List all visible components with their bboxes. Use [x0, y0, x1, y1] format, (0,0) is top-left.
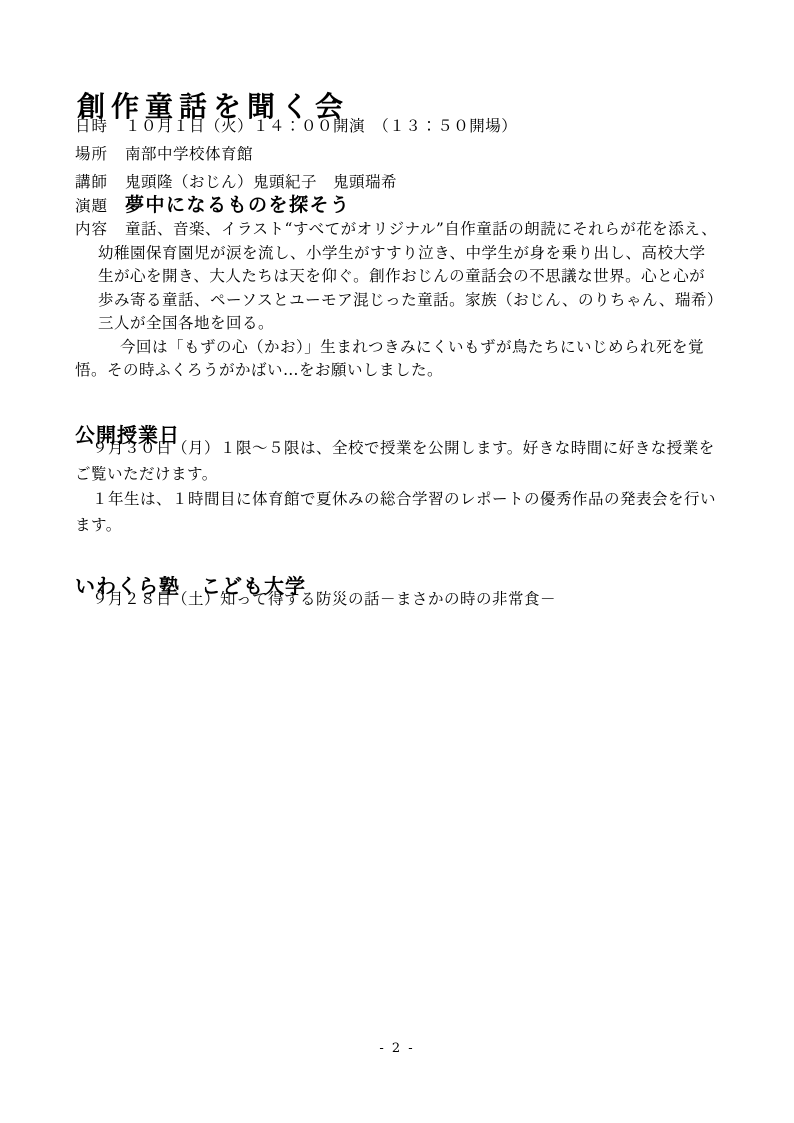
- paragraph-line: ご覧いただけます。: [75, 462, 716, 488]
- content-label: 内容: [75, 218, 125, 242]
- info-row-place: 場所 南部中学校体育館: [75, 140, 517, 168]
- content-line-para2-first: 今回は「もずの心（かお）」生まれつきみにくいもずが鳥たちにいじめられ死を覚: [75, 336, 723, 360]
- content-line: 三人が全国各地を回る。: [75, 312, 723, 336]
- info-label-place: 場所: [75, 140, 125, 168]
- info-value-place: 南部中学校体育館: [125, 140, 253, 168]
- info-row-datetime: 日時 １０月１日（火）１４：００開演 （１３：５０開場）: [75, 112, 517, 140]
- content-line-first: 内容 童話、音楽、イラスト“すべてがオリジナル”自作童話の朗読にそれらが花を添え…: [75, 218, 723, 242]
- topic-value: 夢中になるものを探そう: [125, 192, 351, 219]
- open-class-paragraph: ９月３０日（月）１限～５限は、全校で授業を公開します。好きな時間に好きな授業を …: [75, 436, 716, 538]
- footer-page-number: - 2 -: [0, 1041, 794, 1057]
- paragraph-line: １年生は、１時間目に体育館で夏休みの総合学習のレポートの優秀作品の発表会を行い: [75, 487, 716, 513]
- topic-label: 演題: [75, 193, 125, 220]
- content-line: 幼稚園保育園児が涙を流し、小学生がすすり泣き、中学生が身を乗り出し、高校大学: [75, 242, 723, 266]
- content-block: 内容 童話、音楽、イラスト“すべてがオリジナル”自作童話の朗読にそれらが花を添え…: [75, 218, 723, 383]
- iwakura-paragraph: ９月２８日（土）知って得する防災の話－まさかの時の非常食－: [75, 587, 556, 613]
- paragraph-line: ます。: [75, 513, 716, 539]
- info-label-datetime: 日時: [75, 112, 125, 140]
- content-line: 歩み寄る童話、ペーソスとユーモア混じった童話。家族（おじん、のりちゃん、瑞希）: [75, 289, 723, 313]
- content-line: 生が心を開き、大人たちは天を仰ぐ。創作おじんの童話会の不思議な世界。心と心が: [75, 265, 723, 289]
- paragraph-line: ９月２８日（土）知って得する防災の話－まさかの時の非常食－: [75, 587, 556, 613]
- document-page: 創作童話を聞く会 日時 １０月１日（火）１４：００開演 （１３：５０開場） 場所…: [0, 0, 794, 1123]
- paragraph-line: ９月３０日（月）１限～５限は、全校で授業を公開します。好きな時間に好きな授業を: [75, 436, 716, 462]
- content-line-para2-last: 悟。その時ふくろうがかばい…をお願いしました。: [75, 359, 723, 383]
- event-info-block: 日時 １０月１日（火）１４：００開演 （１３：５０開場） 場所 南部中学校体育館…: [75, 112, 517, 196]
- topic-row: 演題 夢中になるものを探そう: [75, 192, 351, 220]
- content-first-text: 童話、音楽、イラスト“すべてがオリジナル”自作童話の朗読にそれらが花を添え、: [125, 218, 717, 242]
- info-value-datetime: １０月１日（火）１４：００開演 （１３：５０開場）: [125, 112, 517, 140]
